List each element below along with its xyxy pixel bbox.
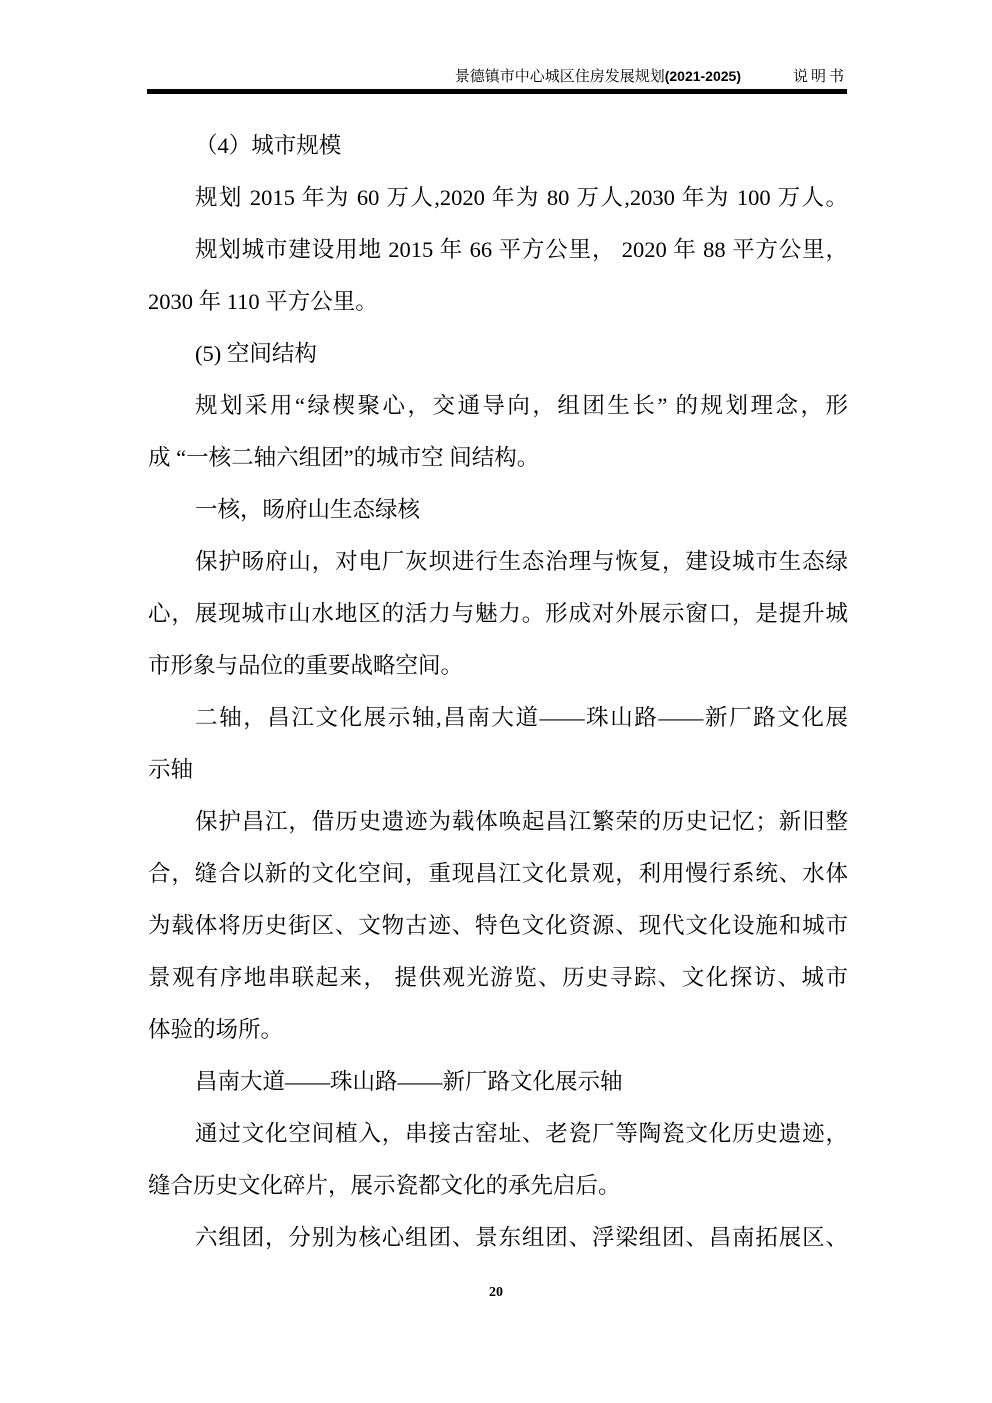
- paragraph: 一核，旸府山生态绿核: [148, 484, 848, 536]
- text-line: 二轴，昌江文化展示轴,昌南大道——珠山路——新厂路文化展: [148, 692, 848, 744]
- text-line: 示轴: [148, 744, 848, 796]
- text-line: 2030 年 110 平方公里。: [148, 276, 848, 328]
- document-page: 景德镇市中心城区住房发展规划(2021-2025) 说明书 （4）城市规模规划 …: [0, 0, 992, 1403]
- page-number: 20: [489, 1285, 503, 1300]
- paragraph: 保护旸府山，对电厂灰坝进行生态治理与恢复，建设城市生态绿心，展现城市山水地区的活…: [148, 536, 848, 692]
- text-line: 规划城市建设用地 2015 年 66 平方公里， 2020 年 88 平方公里，: [148, 224, 848, 276]
- text-line: 保护旸府山，对电厂灰坝进行生态治理与恢复，建设城市生态绿: [148, 536, 848, 588]
- header-rule: [147, 89, 847, 94]
- document-body: （4）城市规模规划 2015 年为 60 万人,2020 年为 80 万人,20…: [148, 120, 848, 1264]
- header-title: 景德镇市中心城区住房发展规划(2021-2025): [455, 64, 741, 89]
- text-line: 缝合历史文化碎片，展示瓷都文化的承先启后。: [148, 1160, 848, 1212]
- text-line: 心，展现城市山水地区的活力与魅力。形成对外展示窗口，是提升城: [148, 588, 848, 640]
- text-line: （4）城市规模: [148, 120, 848, 172]
- paragraph: 二轴，昌江文化展示轴,昌南大道——珠山路——新厂路文化展示轴: [148, 692, 848, 796]
- paragraph: (5) 空间结构: [148, 328, 848, 380]
- paragraph: 六组团，分别为核心组团、景东组团、浮梁组团、昌南拓展区、: [148, 1212, 848, 1264]
- text-line: (5) 空间结构: [148, 328, 848, 380]
- header-line: 景德镇市中心城区住房发展规划(2021-2025) 说明书: [147, 64, 847, 88]
- text-line: 规划 2015 年为 60 万人,2020 年为 80 万人,2030 年为 1…: [148, 172, 848, 224]
- paragraph: （4）城市规模: [148, 120, 848, 172]
- text-line: 市形象与品位的重要战略空间。: [148, 640, 848, 692]
- paragraph: 通过文化空间植入，串接古窑址、老瓷厂等陶瓷文化历史遗迹，缝合历史文化碎片，展示瓷…: [148, 1108, 848, 1212]
- paragraph: 昌南大道——珠山路——新厂路文化展示轴: [148, 1056, 848, 1108]
- text-line: 为载体将历史街区、文物古迹、特色文化资源、现代文化设施和城市: [148, 900, 848, 952]
- text-line: 六组团，分别为核心组团、景东组团、浮梁组团、昌南拓展区、: [148, 1212, 848, 1264]
- paragraph: 规划 2015 年为 60 万人,2020 年为 80 万人,2030 年为 1…: [148, 172, 848, 224]
- paragraph: 规划采用“绿楔聚心，交通导向，组团生长” 的规划理念，形成 “一核二轴六组团”的…: [148, 380, 848, 484]
- header-title-years: (2021-2025): [665, 68, 741, 84]
- header-doc-label: 说明书: [793, 65, 847, 89]
- text-line: 景观有序地串联起来， 提供观光游览、历史寻踪、文化探访、城市: [148, 952, 848, 1004]
- text-line: 通过文化空间植入，串接古窑址、老瓷厂等陶瓷文化历史遗迹，: [148, 1108, 848, 1160]
- paragraph: 保护昌江，借历史遗迹为载体唤起昌江繁荣的历史记忆；新旧整合，缝合以新的文化空间，…: [148, 796, 848, 1056]
- header-title-cn: 景德镇市中心城区住房发展规划: [455, 69, 665, 85]
- text-line: 一核，旸府山生态绿核: [148, 484, 848, 536]
- page-footer: 20: [0, 1283, 992, 1301]
- text-line: 保护昌江，借历史遗迹为载体唤起昌江繁荣的历史记忆；新旧整: [148, 796, 848, 848]
- text-line: 合，缝合以新的文化空间，重现昌江文化景观，利用慢行系统、水体: [148, 848, 848, 900]
- text-line: 昌南大道——珠山路——新厂路文化展示轴: [148, 1056, 848, 1108]
- text-line: 规划采用“绿楔聚心，交通导向，组团生长” 的规划理念，形: [148, 380, 848, 432]
- paragraph: 规划城市建设用地 2015 年 66 平方公里， 2020 年 88 平方公里，…: [148, 224, 848, 328]
- text-line: 体验的场所。: [148, 1004, 848, 1056]
- text-line: 成 “一核二轴六组团”的城市空 间结构。: [148, 432, 848, 484]
